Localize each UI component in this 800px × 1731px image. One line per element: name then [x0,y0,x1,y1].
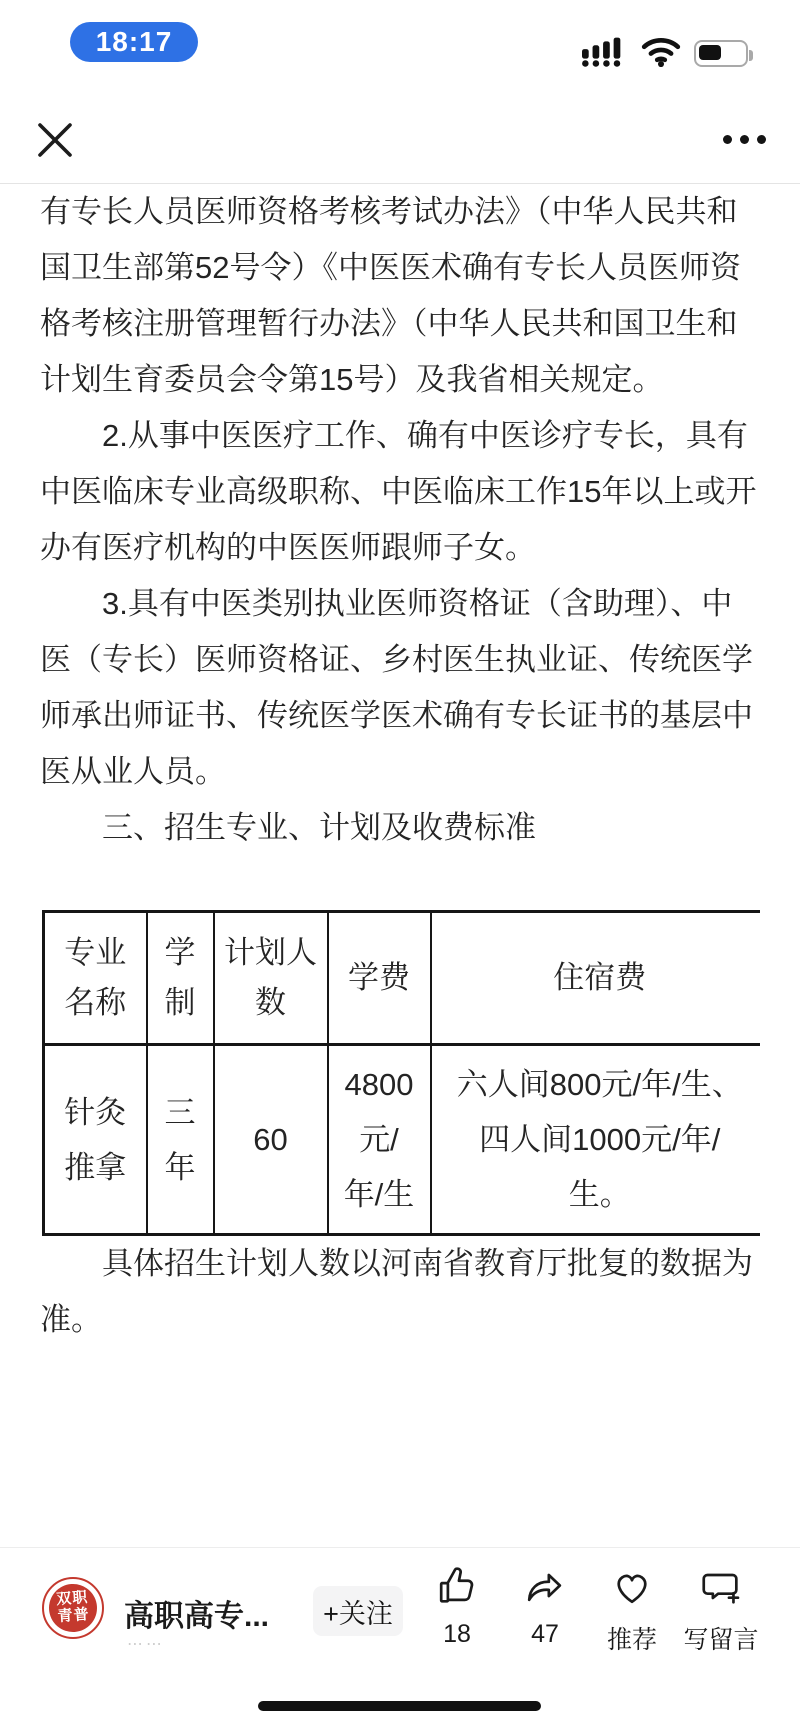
cell-accommodation: 六人间800元/年/生、 四人间1000元/年/ 生。 [431,1045,761,1235]
paragraph-regulations: 有专长人员医师资格考核考试办法》（中华人民共和 国卫生部第52号令）《中医医术确… [40,184,760,408]
cell-major-name: 针灸 推拿 [44,1045,147,1235]
home-indicator[interactable] [258,1701,541,1711]
screen: 18:17 [0,0,800,1731]
write-comment-button[interactable]: 写留言 [677,1563,765,1656]
th-accommodation: 住宿费 [431,912,761,1045]
th-major-name: 专业 名称 [44,912,147,1045]
write-comment-label: 写留言 [683,1620,758,1656]
comment-plus-icon [698,1563,744,1614]
table-row: 针灸 推拿 三 年 60 4800 元/ 年/生 六人间800元/年/生、 四人… [44,1045,761,1235]
paragraph-item2: 2.从事中医医疗工作、确有中医诊疗专长，具有 中医临床专业高级职称、中医临床工作… [40,408,760,576]
account-subtitle: ⋯⋯ [127,1634,165,1654]
cell-duration: 三 年 [147,1045,214,1235]
heart-icon [609,1563,655,1614]
table-header-row: 专业 名称 学 制 计划人 数 学费 住宿费 [44,912,761,1045]
enrollment-table: 专业 名称 学 制 计划人 数 学费 住宿费 针灸 推拿 三 年 60 4800… [42,910,760,1236]
article-content: 有专长人员医师资格考核考试办法》（中华人民共和 国卫生部第52号令）《中医医术确… [40,184,760,1547]
paragraph-item3: 3.具有中医类别执业医师资格证（含助理）、中 医（专长）医师资格证、乡村医生执业… [40,576,760,800]
follow-button[interactable]: +关注 [313,1586,403,1636]
wifi-icon [640,35,682,72]
th-planned-count: 计划人 数 [214,912,328,1045]
paragraph-note: 具体招生计划人数以河南省教育厅批复的数据为 准。 [40,1236,760,1348]
section-heading: 三、招生专业、计划及收费标准 [40,800,760,856]
account-seal-logo: 双职 青普 [47,1582,98,1633]
th-duration: 学 制 [147,912,214,1045]
more-options-icon[interactable] [723,135,766,144]
close-icon[interactable] [36,121,74,159]
status-time-pill[interactable]: 18:17 [70,22,198,62]
like-count: 18 [443,1620,471,1649]
seal-text-bottom: 青普 [57,1607,90,1626]
share-arrow-icon [522,1563,568,1614]
account-name[interactable]: 高职高专... [124,1591,269,1635]
status-time: 18:17 [96,26,173,58]
recommend-label: 推荐 [607,1620,657,1656]
recommend-button[interactable]: 推荐 [588,1563,676,1656]
thumbs-up-icon [434,1563,480,1614]
cell-planned-count: 60 [214,1045,328,1235]
share-button[interactable]: 47 [501,1563,589,1649]
cell-tuition: 4800 元/ 年/生 [328,1045,431,1235]
like-button[interactable]: 18 [413,1563,501,1649]
account-avatar[interactable]: 双职 青普 [42,1577,104,1639]
battery-icon [694,40,748,67]
th-tuition: 学费 [328,912,431,1045]
share-count: 47 [531,1620,559,1649]
status-icons [582,36,762,70]
cellular-signal-icon [582,35,628,72]
